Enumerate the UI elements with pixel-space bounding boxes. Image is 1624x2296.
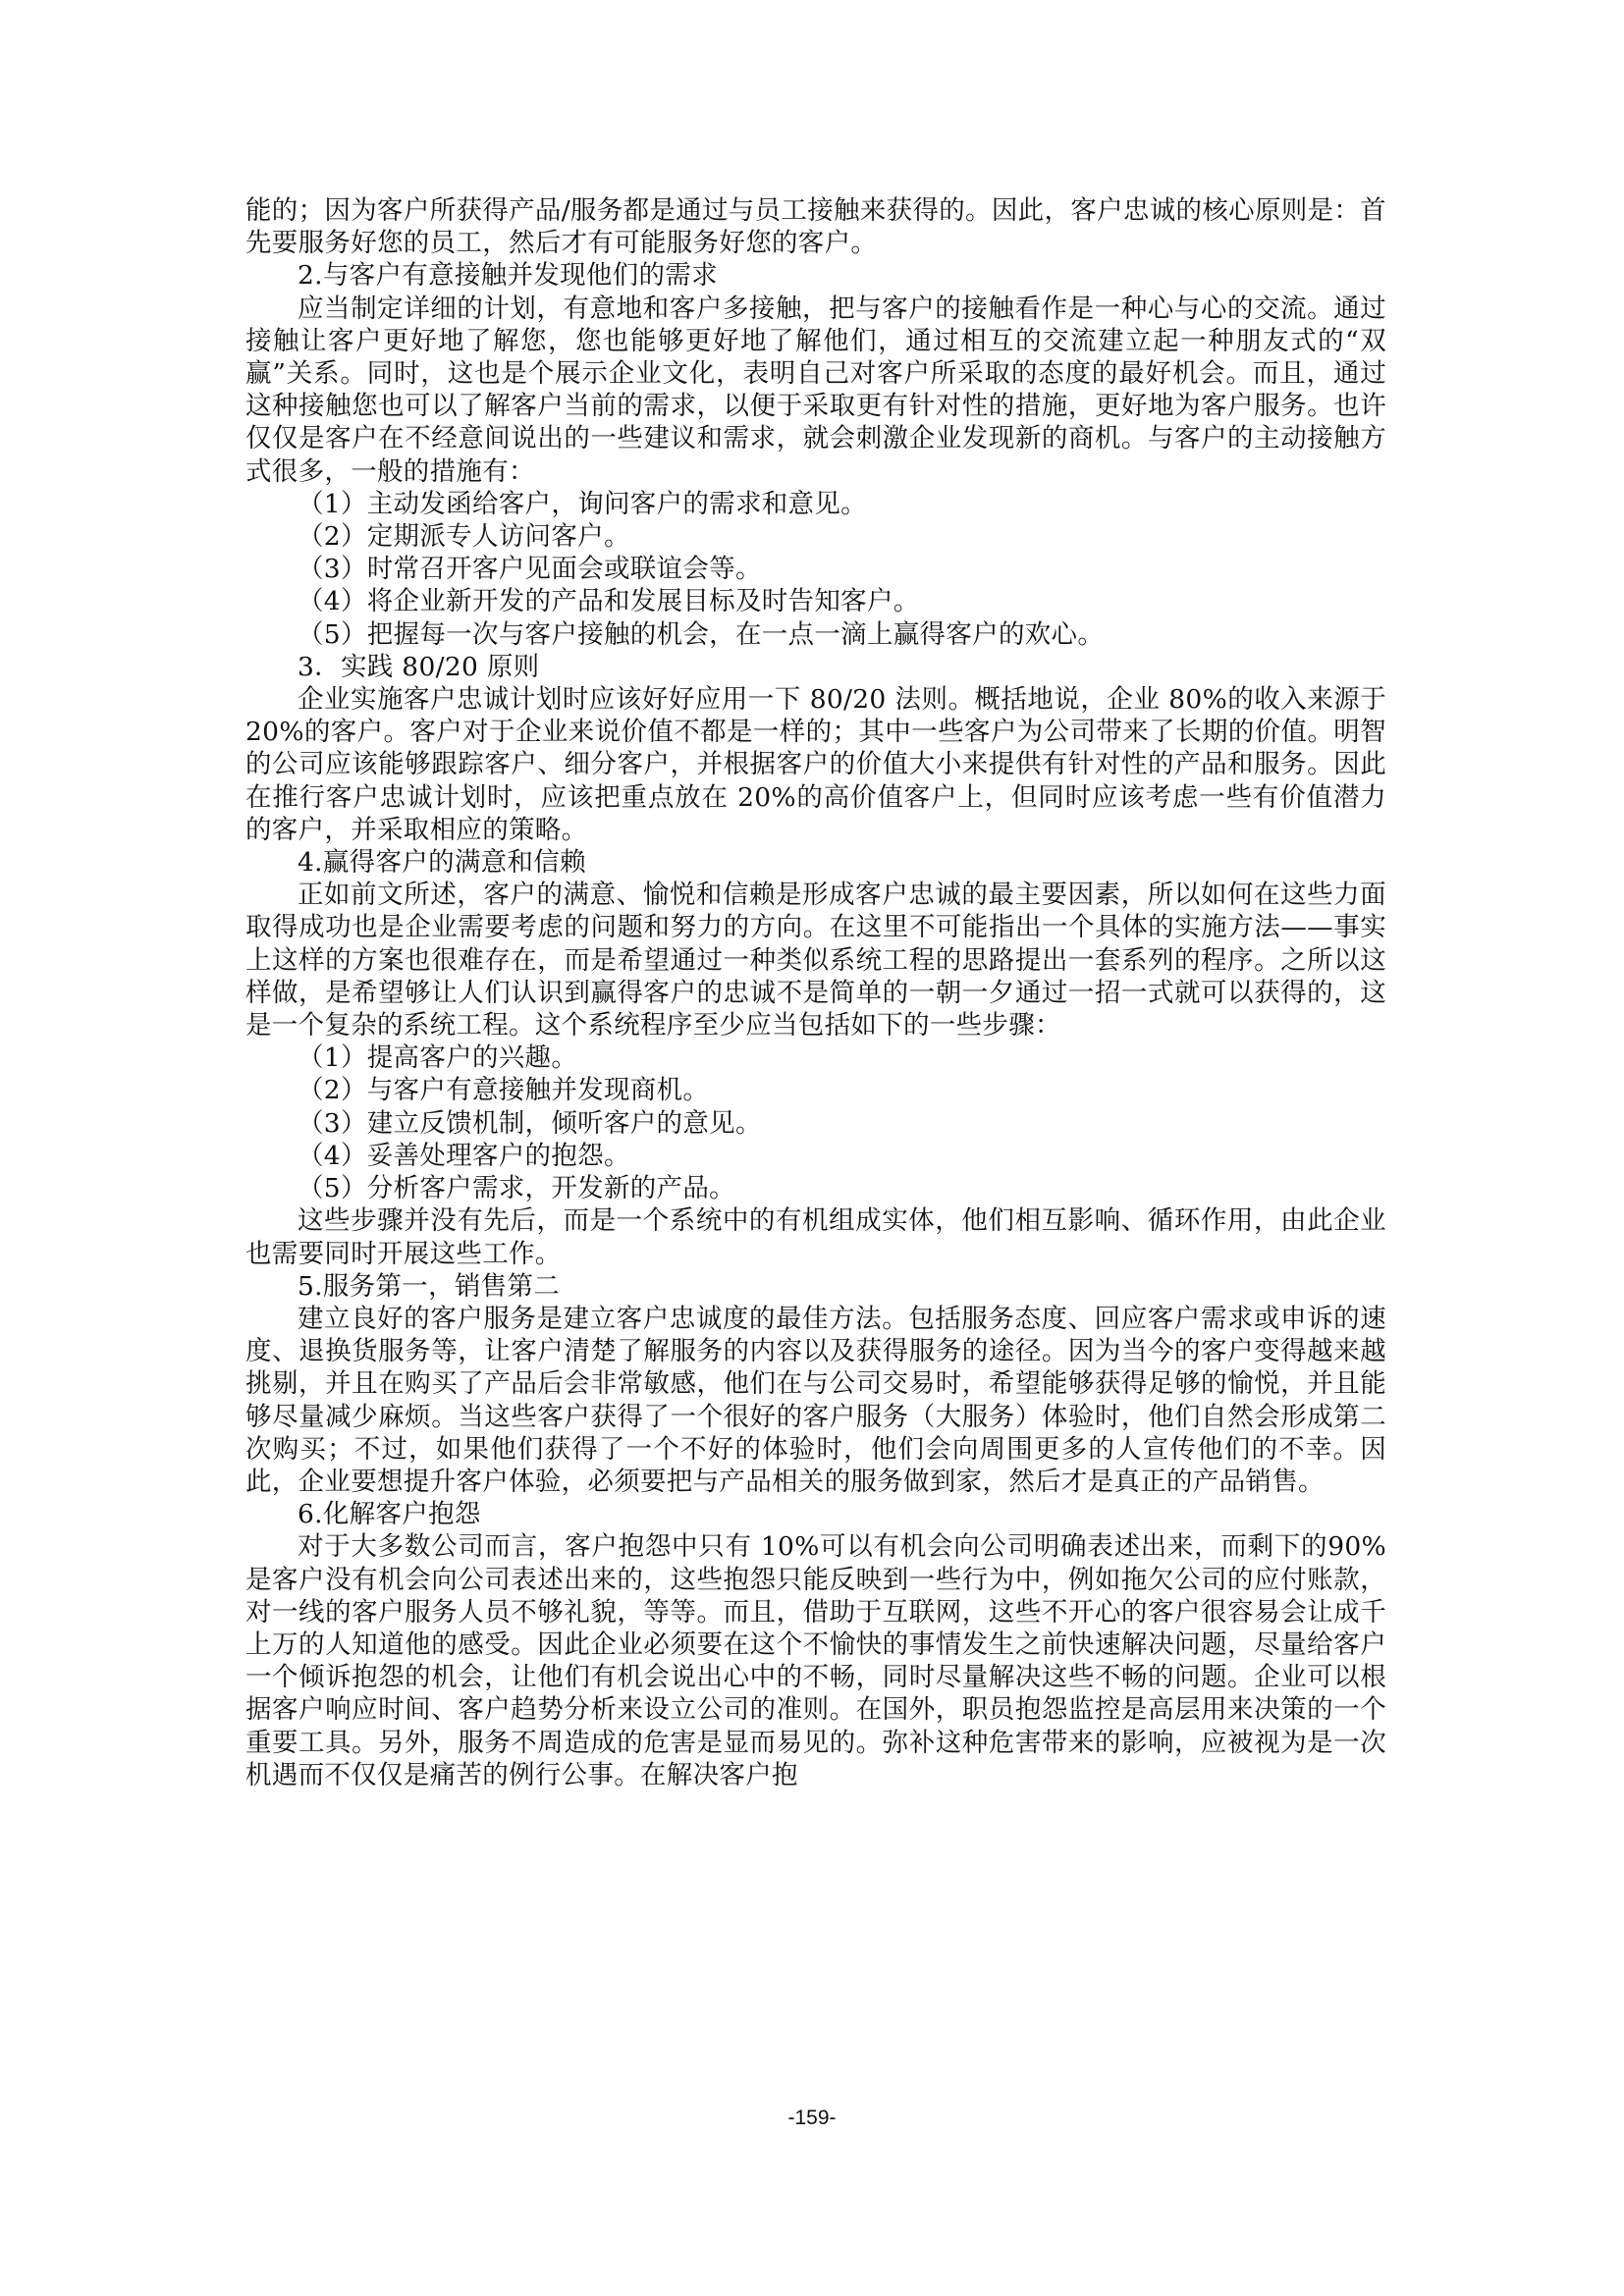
section-heading-2: 2.与客户有意接触并发现他们的需求	[245, 259, 1386, 292]
paragraph: 企业实施客户忠诚计划时应该好好应用一下 80/20 法则。概括地说，企业 80%…	[245, 683, 1386, 846]
paragraph: 建立良好的客户服务是建立客户忠诚度的最佳方法。包括服务态度、回应客户需求或申诉的…	[245, 1303, 1386, 1498]
list-item: （1）提高客户的兴趣。	[245, 1041, 1386, 1074]
list-item: （4）妥善处理客户的抱怨。	[245, 1140, 1386, 1172]
section-heading-5: 5.服务第一，销售第二	[245, 1270, 1386, 1303]
list-item: （5）分析客户需求，开发新的产品。	[245, 1172, 1386, 1204]
paragraph: 应当制定详细的计划，有意地和客户多接触，把与客户的接触看作是一种心与心的交流。通…	[245, 293, 1386, 488]
paragraph: 能的；因为客户所获得产品/服务都是通过与员工接触来获得的。因此，客户忠诚的核心原…	[245, 194, 1386, 259]
list-item: （1）主动发函给客户，询问客户的需求和意见。	[245, 488, 1386, 520]
list-item: （3）时常召开客户见面会或联谊会等。	[245, 553, 1386, 585]
page-number: -159-	[0, 2107, 1624, 2130]
list-item: （2）与客户有意接触并发现商机。	[245, 1074, 1386, 1106]
list-item: （2）定期派专人访问客户。	[245, 520, 1386, 553]
document-page: 能的；因为客户所获得产品/服务都是通过与员工接触来获得的。因此，客户忠诚的核心原…	[245, 194, 1386, 1791]
paragraph: 这些步骤并没有先后，而是一个系统中的有机组成实体，他们相互影响、循环作用，由此企…	[245, 1204, 1386, 1269]
paragraph: 正如前文所述，客户的满意、愉悦和信赖是形成客户忠诚的最主要因素，所以如何在这些力…	[245, 879, 1386, 1041]
list-item: （5）把握每一次与客户接触的机会，在一点一滴上赢得客户的欢心。	[245, 618, 1386, 651]
section-heading-3: 3．实践 80/20 原则	[245, 651, 1386, 683]
list-item: （3）建立反馈机制，倾听客户的意见。	[245, 1107, 1386, 1140]
list-item: （4）将企业新开发的产品和发展目标及时告知客户。	[245, 585, 1386, 617]
section-heading-6: 6.化解客户抱怨	[245, 1498, 1386, 1530]
section-heading-4: 4.赢得客户的满意和信赖	[245, 846, 1386, 879]
paragraph: 对于大多数公司而言，客户抱怨中只有 10%可以有机会向公司明确表述出来，而剩下的…	[245, 1530, 1386, 1791]
